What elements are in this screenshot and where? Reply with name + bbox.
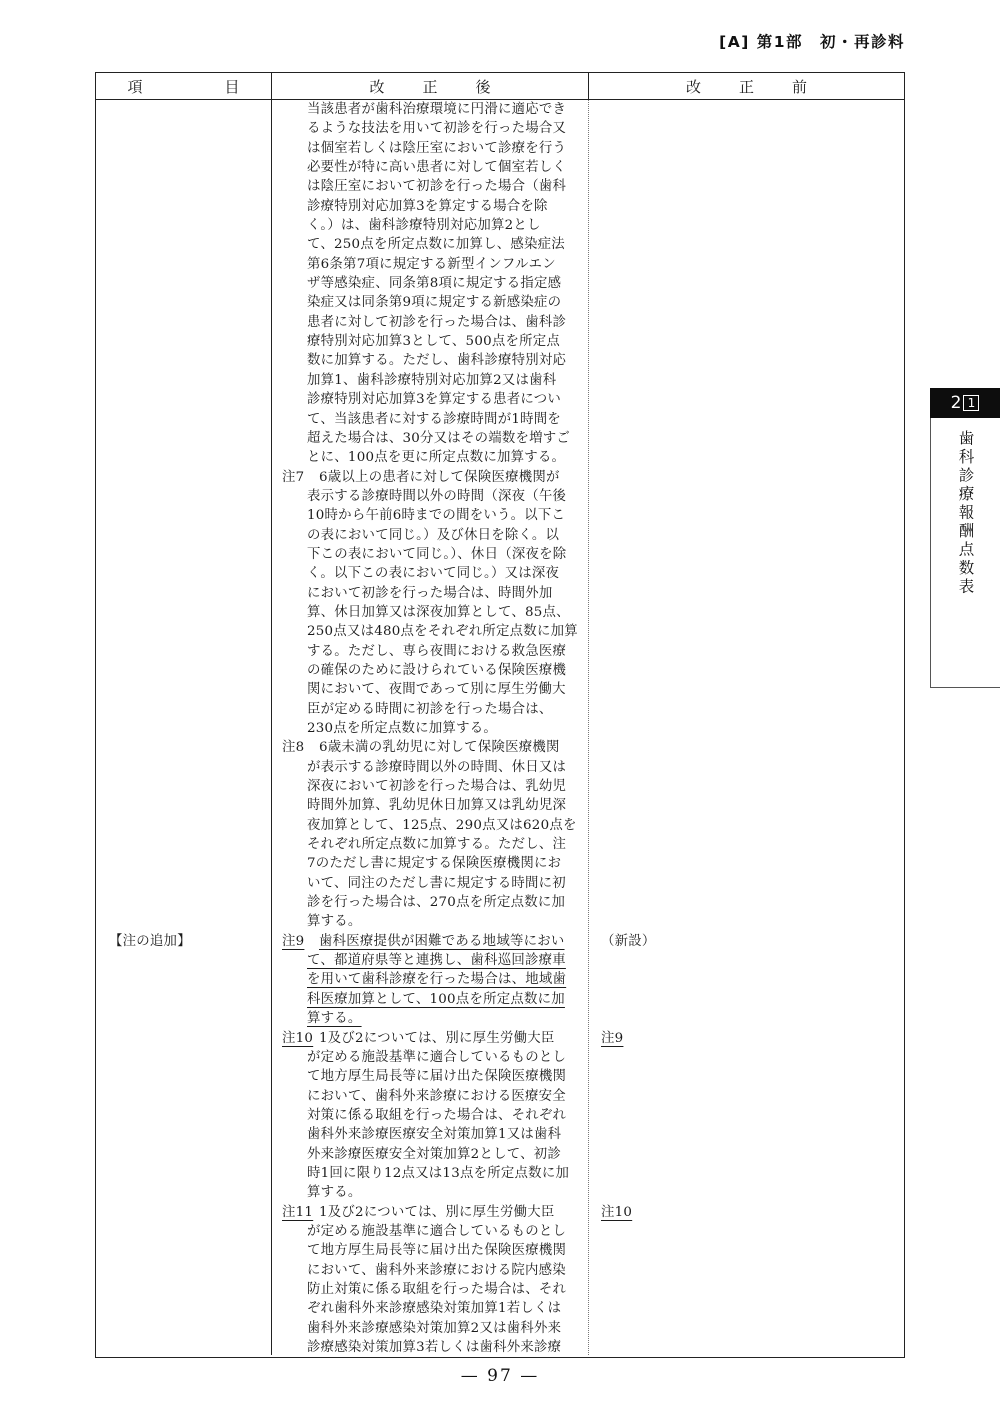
line-text: 時1回に限り12点又は13点を所定点数に加 (307, 1166, 569, 1181)
line-text: 患者に対して初診を行った場合は、歯科診 (307, 315, 566, 330)
line-text: て、都道府県等と連携し、歯科巡回診療車 (307, 953, 566, 968)
text-line: て地方厚生局長等に届け出た保険医療機関 (282, 1067, 588, 1086)
text-line: 診療特別対応加算3を算定する場合を除 (282, 197, 588, 216)
text-line: を用いて歯科診療を行った場合は、地域歯 (282, 970, 588, 989)
text-line: く。）は、歯科診療特別対応加算2とし (282, 216, 588, 235)
line-text: て地方厚生局長等に届け出た保険医療機関 (307, 1243, 566, 1258)
text-line: する。ただし、専ら夜間における救急医療 (282, 642, 588, 661)
document-page: [A] 第1部 初・再診料 項目 改正後 改正前 【注の追加】 当該患者が歯科治… (0, 0, 1000, 1412)
line-text: 10時から午前6時までの間をいう。以下こ (307, 508, 565, 523)
after-revision-column: 当該患者が歯科治療環境に円滑に適応できるような技法を用いて初診を行った場合又は個… (271, 100, 589, 1355)
text-line: 当該患者が歯科治療環境に円滑に適応でき (282, 100, 588, 119)
line-text: は個室若しくは陰圧室において診療を行う (307, 141, 566, 156)
line-text: 算する。 (307, 914, 362, 929)
side-index-tab: 2 1 歯科診療報酬点数表 (930, 388, 1000, 688)
note-number-label: 注9 (282, 932, 319, 951)
text-line: は個室若しくは陰圧室において診療を行う (282, 139, 588, 158)
line-text: 算する。 (307, 1011, 362, 1026)
line-text: 6歳未満の乳幼児に対して保険医療機関 (319, 740, 560, 755)
text-line: 外来診療医療安全対策加算2として、初診 (282, 1145, 588, 1164)
page-number: — 97 — (0, 1366, 1000, 1386)
continuation-block: 当該患者が歯科治療環境に円滑に適応できるような技法を用いて初診を行った場合又は個… (282, 100, 588, 468)
text-line: て、250点を所定点数に加算し、感染症法 (282, 235, 588, 254)
column-header-after-revision: 改正後 (271, 73, 589, 99)
tab-section-number: 2 1 (930, 388, 1000, 418)
line-text: 250点又は480点をそれぞれ所定点数に加算 (307, 624, 578, 639)
header-char: 項 (127, 76, 142, 97)
text-line: 科医療加算として、100点を所定点数に加 (282, 990, 588, 1009)
text-line: 数に加算する。ただし、歯科診療特別対応 (282, 351, 588, 370)
line-text: 6歳以上の患者に対して保険医療機関が (319, 470, 560, 485)
text-line: 歯科外来診療感染対策加算2又は歯科外来 (282, 1319, 588, 1338)
text-line: 注101及び2については、別に厚生労働大臣 (282, 1029, 588, 1048)
line-text: 7のただし書に規定する保険医療機関にお (307, 856, 561, 871)
text-line: いて、同注のただし書に規定する時間に初 (282, 874, 588, 893)
line-text: 対策に係る取組を行った場合は、それぞれ (307, 1108, 566, 1123)
text-line: が定める施設基準に適合しているものとし (282, 1048, 588, 1067)
line-text: 療特別対応加算3として、500点を所定点 (307, 334, 560, 349)
line-text: において初診を行った場合は、時間外加 (307, 586, 553, 601)
text-line: 表示する診療時間以外の時間（深夜（午後 (282, 487, 588, 506)
line-text: 230点を所定点数に加算する。 (307, 721, 497, 736)
text-line: 関において、夜間であって別に厚生労働大 (282, 680, 588, 699)
note-number-label: 注11 (282, 1203, 319, 1222)
text-line: 深夜において初診を行った場合は、乳幼児 (282, 777, 588, 796)
note-block: 注9歯科医療提供が困難である地域等において、都道府県等と連携し、歯科巡回診療車を… (282, 932, 588, 1029)
line-text: する。ただし、専ら夜間における救急医療 (307, 644, 566, 659)
text-line: 診療感染対策加算3若しくは歯科外来診療 (282, 1338, 588, 1357)
header-char: 目 (225, 76, 240, 97)
text-line: 注76歳以上の患者に対して保険医療機関が (282, 468, 588, 487)
text-line: 注86歳未満の乳幼児に対して保険医療機関 (282, 738, 588, 757)
line-text: 当該患者が歯科治療環境に円滑に適応でき (307, 102, 566, 117)
line-text: 染症又は同条第9項に規定する新感染症の (307, 295, 561, 310)
line-text: 臣が定める時間に初診を行った場合は、 (307, 702, 553, 717)
text-line: 夜加算として、125点、290点又は620点を (282, 816, 588, 835)
item-annotation: 【注の追加】 (109, 932, 191, 951)
text-line: とに、100点を更に所定点数に加算する。 (282, 448, 588, 467)
text-line: 算する。 (282, 1009, 588, 1028)
text-line: 染症又は同条第9項に規定する新感染症の (282, 293, 588, 312)
line-text: 防止対策に係る取組を行った場合は、それ (307, 1282, 566, 1297)
header-char: 改 (686, 76, 701, 97)
text-line: 10時から午前6時までの間をいう。以下こ (282, 506, 588, 525)
note-block: 注86歳未満の乳幼児に対して保険医療機関が表示する診療時間以外の時間、休日又は深… (282, 738, 588, 931)
text-line: 算する。 (282, 1183, 588, 1202)
page-header: [A] 第1部 初・再診料 (719, 30, 905, 52)
line-text: が定める施設基準に適合しているものとし (307, 1050, 566, 1065)
tab-label-box: 歯科診療報酬点数表 (930, 418, 1000, 688)
before-revision-column: （新設）注9注10 (589, 100, 904, 1355)
header-char: 正 (739, 76, 754, 97)
tab-vertical-label: 歯科診療報酬点数表 (955, 430, 977, 687)
text-line: く。以下この表において同じ。）又は深夜 (282, 564, 588, 583)
line-text: とに、100点を更に所定点数に加算する。 (307, 450, 565, 465)
line-text: 加算1、歯科診療特別対応加算2又は歯科 (307, 373, 556, 388)
line-text: て地方厚生局長等に届け出た保険医療機関 (307, 1069, 566, 1084)
revision-comparison-table: 項目 改正後 改正前 【注の追加】 当該患者が歯科治療環境に円滑に適応できるよう… (95, 72, 905, 1358)
tab-boxed-number: 1 (963, 395, 979, 411)
before-revision-annotation: （新設） (601, 932, 656, 951)
note-number-label: 注8 (282, 738, 319, 757)
text-line: 230点を所定点数に加算する。 (282, 719, 588, 738)
header-char: 前 (792, 76, 807, 97)
table-body: 【注の追加】 当該患者が歯科治療環境に円滑に適応できるような技法を用いて初診を行… (96, 100, 904, 1355)
line-text: 時間外加算、乳幼児休日加算又は乳幼児深 (307, 798, 566, 813)
line-text: 夜加算として、125点、290点又は620点を (307, 818, 577, 833)
text-line: の表において同じ。）及び休日を除く。以 (282, 526, 588, 545)
line-text: るような技法を用いて初診を行った場合又 (307, 121, 566, 136)
column-header-item: 項目 (96, 73, 271, 99)
line-text: ザ等感染症、同条第8項に規定する指定感 (307, 276, 561, 291)
text-line: 臣が定める時間に初診を行った場合は、 (282, 700, 588, 719)
column-header-before-revision: 改正前 (589, 73, 904, 99)
line-text: 表示する診療時間以外の時間（深夜（午後 (307, 489, 566, 504)
line-text: 超えた場合は、30分又はその端数を増すご (307, 431, 570, 446)
note-number-label: 注7 (282, 468, 319, 487)
text-line: て、都道府県等と連携し、歯科巡回診療車 (282, 951, 588, 970)
line-text: は陰圧室において初診を行った場合（歯科 (307, 179, 566, 194)
text-line: が定める施設基準に適合しているものとし (282, 1222, 588, 1241)
text-line: て、当該患者に対する診療時間が1時間を (282, 410, 588, 429)
text-line: 歯科外来診療医療安全対策加算1又は歯科 (282, 1125, 588, 1144)
line-text: が表示する診療時間以外の時間、休日又は (307, 760, 566, 775)
header-char: 後 (476, 76, 491, 97)
line-text: の確保のために設けられている保険医療機 (307, 663, 566, 678)
line-text: て、250点を所定点数に加算し、感染症法 (307, 237, 565, 252)
line-text: く。）は、歯科診療特別対応加算2とし (307, 218, 541, 233)
text-line: 下この表において同じ。）、休日（深夜を除 (282, 545, 588, 564)
line-text: 数に加算する。ただし、歯科診療特別対応 (307, 353, 566, 368)
line-text: て、当該患者に対する診療時間が1時間を (307, 412, 561, 427)
line-text: いて、同注のただし書に規定する時間に初 (307, 876, 566, 891)
line-text: 下この表において同じ。）、休日（深夜を除 (307, 547, 566, 562)
line-text: 1及び2については、別に厚生労働大臣 (319, 1031, 555, 1046)
text-line: 防止対策に係る取組を行った場合は、それ (282, 1280, 588, 1299)
text-line: 算、休日加算又は深夜加算として、85点、 (282, 603, 588, 622)
line-text: 外来診療医療安全対策加算2として、初診 (307, 1147, 561, 1162)
note-block: 注101及び2については、別に厚生労働大臣が定める施設基準に適合しているものとし… (282, 1029, 588, 1203)
text-line: 加算1、歯科診療特別対応加算2又は歯科 (282, 371, 588, 390)
text-line: 250点又は480点をそれぞれ所定点数に加算 (282, 622, 588, 641)
text-line: 診を行った場合は、270点を所定点数に加 (282, 893, 588, 912)
text-line: 対策に係る取組を行った場合は、それぞれ (282, 1106, 588, 1125)
line-text: の表において同じ。）及び休日を除く。以 (307, 528, 559, 543)
text-line: において初診を行った場合は、時間外加 (282, 584, 588, 603)
line-text: が定める施設基準に適合しているものとし (307, 1224, 566, 1239)
line-text: 歯科医療提供が困難である地域等におい (319, 934, 565, 949)
line-text: ぞれ歯科外来診療感染対策加算1若しくは (307, 1301, 561, 1316)
line-text: それぞれ所定点数に加算する。ただし、注 (307, 837, 566, 852)
text-line: ぞれ歯科外来診療感染対策加算1若しくは (282, 1299, 588, 1318)
line-text: 歯科外来診療感染対策加算2又は歯科外来 (307, 1321, 561, 1336)
header-char: 正 (422, 76, 437, 97)
text-line: の確保のために設けられている保険医療機 (282, 661, 588, 680)
line-text: 診療特別対応加算3を算定する患者につい (307, 392, 561, 407)
text-line: 注111及び2については、別に厚生労働大臣 (282, 1203, 588, 1222)
text-line: 療特別対応加算3として、500点を所定点 (282, 332, 588, 351)
text-line: 算する。 (282, 912, 588, 931)
text-line: 7のただし書に規定する保険医療機関にお (282, 854, 588, 873)
line-text: 算、休日加算又は深夜加算として、85点、 (307, 605, 570, 620)
text-line: それぞれ所定点数に加算する。ただし、注 (282, 835, 588, 854)
line-text: 1及び2については、別に厚生労働大臣 (319, 1205, 555, 1220)
text-line: において、歯科外来診療における院内感染 (282, 1261, 588, 1280)
text-line: が表示する診療時間以外の時間、休日又は (282, 758, 588, 777)
line-text: 算する。 (307, 1185, 362, 1200)
line-text: 診療感染対策加算3若しくは歯科外来診療 (307, 1340, 561, 1355)
tab-number: 2 (951, 393, 962, 413)
line-text: において、歯科外来診療における医療安全 (307, 1089, 566, 1104)
note-block: 注111及び2については、別に厚生労働大臣が定める施設基準に適合しているものとし… (282, 1203, 588, 1358)
note-number-label: 注10 (282, 1029, 319, 1048)
line-text: 深夜において初診を行った場合は、乳幼児 (307, 779, 566, 794)
header-char: 改 (369, 76, 384, 97)
line-text: 必要性が特に高い患者に対して個室若しく (307, 160, 566, 175)
text-line: ザ等感染症、同条第8項に規定する指定感 (282, 274, 588, 293)
text-line: て地方厚生局長等に届け出た保険医療機関 (282, 1241, 588, 1260)
text-line: 超えた場合は、30分又はその端数を増すご (282, 429, 588, 448)
text-line: 時間外加算、乳幼児休日加算又は乳幼児深 (282, 796, 588, 815)
note-block: 注76歳以上の患者に対して保険医療機関が表示する診療時間以外の時間（深夜（午後1… (282, 468, 588, 739)
text-line: 必要性が特に高い患者に対して個室若しく (282, 158, 588, 177)
line-text: 科医療加算として、100点を所定点数に加 (307, 992, 565, 1007)
line-text: 歯科外来診療医療安全対策加算1又は歯科 (307, 1127, 561, 1142)
text-line: 診療特別対応加算3を算定する患者につい (282, 390, 588, 409)
before-revision-annotation: 注10 (601, 1203, 632, 1222)
line-text: において、歯科外来診療における院内感染 (307, 1263, 566, 1278)
text-line: 注9歯科医療提供が困難である地域等におい (282, 932, 588, 951)
text-line: 患者に対して初診を行った場合は、歯科診 (282, 313, 588, 332)
line-text: を用いて歯科診療を行った場合は、地域歯 (307, 972, 566, 987)
text-line: は陰圧室において初診を行った場合（歯科 (282, 177, 588, 196)
line-text: 診療特別対応加算3を算定する場合を除 (307, 199, 548, 214)
text-line: において、歯科外来診療における医療安全 (282, 1087, 588, 1106)
text-line: 時1回に限り12点又は13点を所定点数に加 (282, 1164, 588, 1183)
text-line: るような技法を用いて初診を行った場合又 (282, 119, 588, 138)
item-column: 【注の追加】 (96, 100, 271, 1355)
line-text: 診を行った場合は、270点を所定点数に加 (307, 895, 565, 910)
line-text: 関において、夜間であって別に厚生労働大 (307, 682, 566, 697)
line-text: 第6条第7項に規定する新型インフルエン (307, 257, 556, 272)
text-line: 第6条第7項に規定する新型インフルエン (282, 255, 588, 274)
table-header-row: 項目 改正後 改正前 (96, 73, 904, 100)
line-text: く。以下この表において同じ。）又は深夜 (307, 566, 559, 581)
before-revision-annotation: 注9 (601, 1029, 623, 1048)
